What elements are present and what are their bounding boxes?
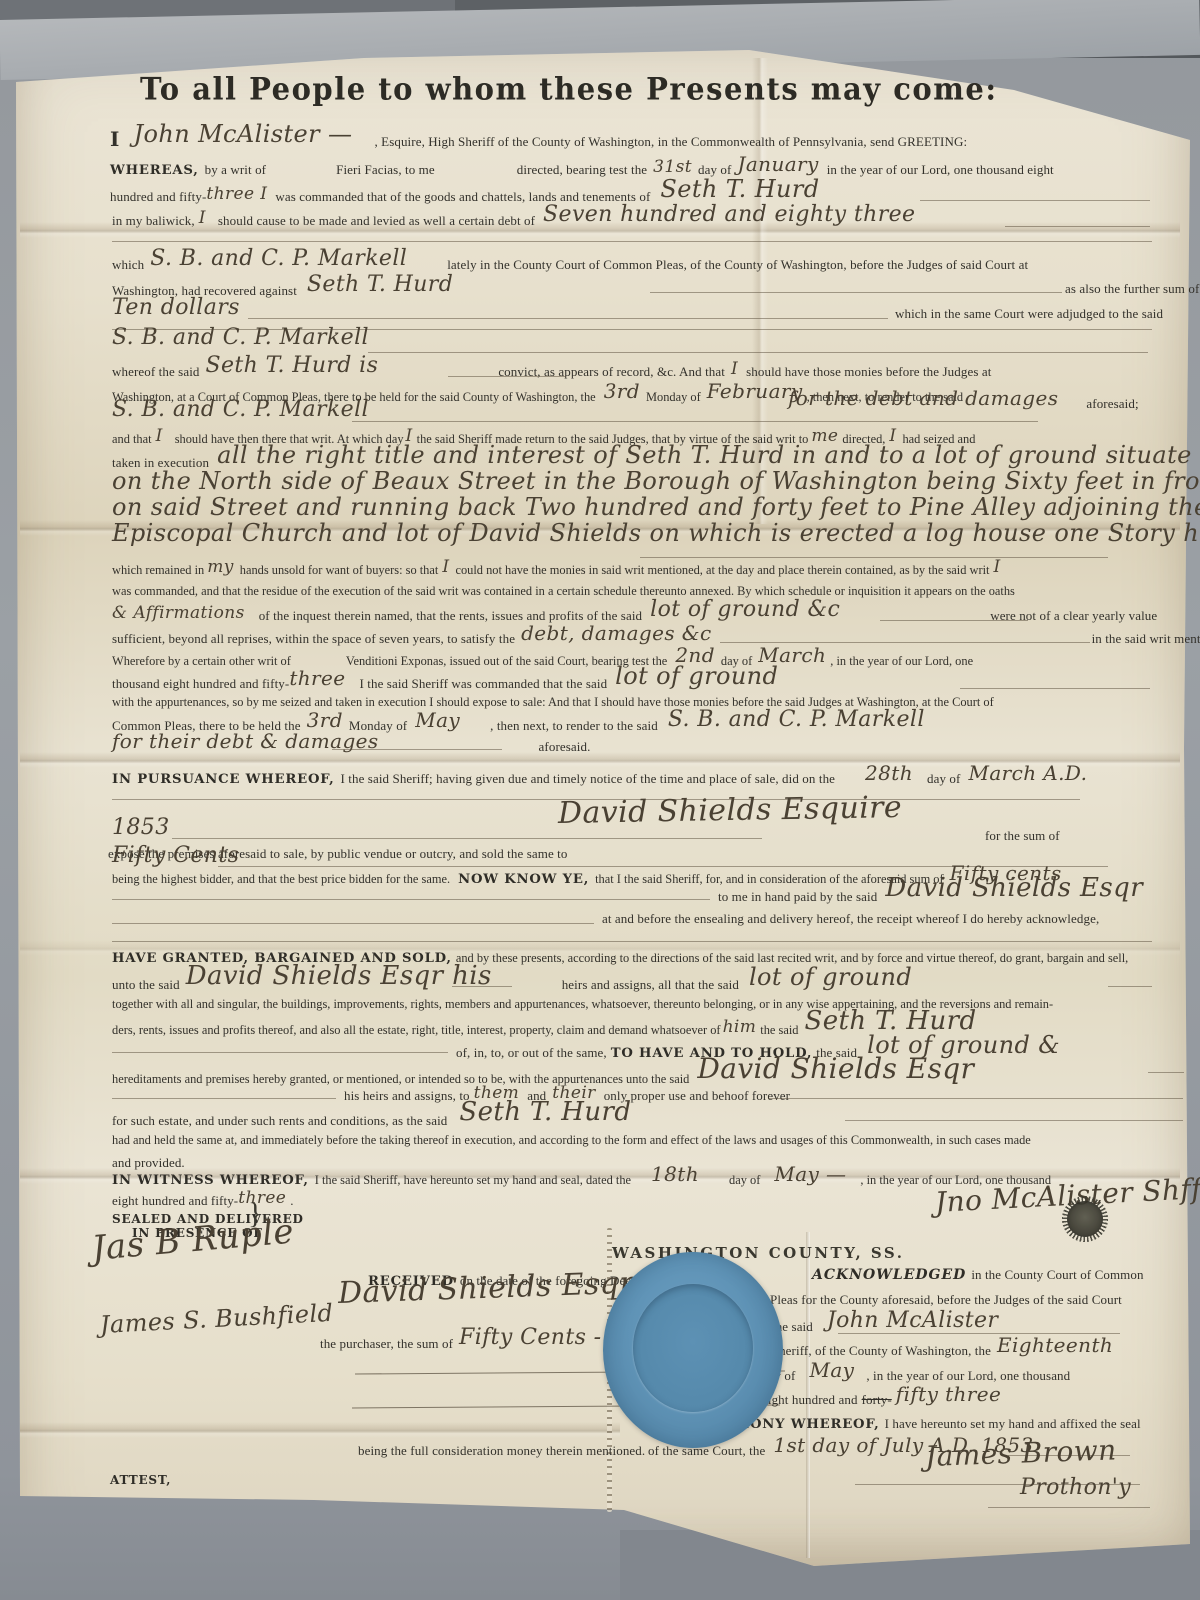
blue-wafer-seal xyxy=(603,1252,783,1448)
sheriff-seal-stamp-icon xyxy=(1062,1196,1108,1242)
print-text: , then next, to render to the said xyxy=(490,718,658,733)
prothonotary-signature: James Brown xyxy=(925,1454,1117,1474)
handwritten-name: S. B. and C. P. Markell xyxy=(112,397,369,422)
print-text: as also the further sum of xyxy=(1065,281,1199,296)
print-text: in the said writ mentioned: xyxy=(1092,631,1200,646)
form-line: unto the saidDavid Shields Esqr hisheirs… xyxy=(112,974,912,992)
handwritten-text: for the debt and damages xyxy=(788,386,1058,410)
form-line: which in the same Court were adjudged to… xyxy=(895,306,1163,321)
print-text: eight hundred and xyxy=(762,1392,858,1407)
handwritten-text: January xyxy=(737,152,818,176)
form-line: at and before the ensealing and delivery… xyxy=(602,911,1099,926)
handwritten-text: May xyxy=(809,1358,854,1382)
ruled-line xyxy=(112,241,1152,242)
handwritten-text: Episcopal Church and lot of David Shield… xyxy=(112,519,1200,547)
handwritten-text: lot of ground xyxy=(749,963,912,991)
handwritten-name: Seth T. Hurd xyxy=(307,272,453,297)
handwritten-name: David Shields Esqr xyxy=(697,1052,974,1085)
ruled-line xyxy=(640,557,1108,558)
ruled-line xyxy=(368,352,1148,353)
ruled-line xyxy=(768,1098,1183,1099)
stamp-center xyxy=(1067,1201,1103,1237)
handwritten-text: 31st xyxy=(653,157,692,177)
form-line: in my baliwick,Ishould cause to be made … xyxy=(112,211,915,228)
print-text: , Esquire, High Sheriff of the County of… xyxy=(374,134,967,149)
print-text: and provided. xyxy=(112,1155,185,1170)
print-text: to me in hand paid by the said xyxy=(718,889,877,904)
ruled-line xyxy=(1108,986,1152,987)
handwritten-text: 1853 xyxy=(112,815,170,840)
handwritten-text: debt, damages &c xyxy=(521,621,711,645)
received-line: being the full consideration money there… xyxy=(358,1443,645,1458)
handwritten-name: David Shields Esquire xyxy=(558,800,902,821)
print-text: day of xyxy=(927,771,960,786)
form-line: and provided. xyxy=(112,1155,185,1170)
document-title: To all People to whom these Presents may… xyxy=(140,82,840,98)
ruled-line xyxy=(988,1507,1150,1508)
form-line: Ten dollars xyxy=(112,304,240,321)
form-line: 1853 xyxy=(112,824,170,841)
print-text: I xyxy=(110,127,119,151)
form-line: was commanded, and that the residue of t… xyxy=(112,584,1015,599)
handwritten-name: S. B. and C. P. Markell xyxy=(112,325,369,350)
ack-line: eight hundred andforty-fifty three xyxy=(762,1390,1001,1407)
handwritten-text: Fifty Cents - xyxy=(459,1325,602,1350)
received-line: David Shields Esqr xyxy=(338,1292,634,1312)
form-line: WHEREAS,by a writ ofFieri Facias, to med… xyxy=(110,160,1054,178)
form-line: hereditaments and premises hereby grante… xyxy=(112,1066,974,1087)
handwritten-text: fifty three xyxy=(896,1382,1001,1406)
print-text: only proper use and behoof forever xyxy=(604,1088,790,1103)
ruled-line xyxy=(650,292,1062,293)
print-text: sufficient, beyond all reprises, within … xyxy=(112,631,515,646)
handwritten-text: my xyxy=(207,557,234,577)
received-line: the purchaser, the sum ofFifty Cents - xyxy=(320,1334,602,1351)
handwritten-signature: James S. Bushfield xyxy=(100,1306,334,1333)
handwritten-name: David Shields Esqr his xyxy=(186,961,492,991)
form-line: for such estate, and under such rents an… xyxy=(112,1110,631,1128)
ruled-line xyxy=(452,986,512,987)
print-text: IN WITNESS WHEREOF, xyxy=(112,1173,309,1188)
print-text: could not have the monies in said writ m… xyxy=(455,563,989,577)
print-text: thousand eight hundred and fifty- xyxy=(112,676,289,691)
print-text: at and before the ensealing and delivery… xyxy=(602,911,1099,926)
print-text: . xyxy=(290,1193,293,1208)
handwritten-text: on said Street and running back Two hund… xyxy=(112,493,1200,521)
form-line: had and held the same at, and immediatel… xyxy=(112,1133,1031,1148)
form-line: as also the further sum of xyxy=(1065,281,1199,296)
print-text: I the said Sheriff; having given due and… xyxy=(340,771,835,786)
ruled-line xyxy=(960,688,1150,689)
print-text: aforesaid; xyxy=(1086,396,1138,411)
ruled-line xyxy=(352,421,1038,422)
print-text: Monday of xyxy=(646,390,701,404)
handwritten-name: Seth T. Hurd xyxy=(459,1097,631,1127)
handwritten-signature: Jas B Ruple xyxy=(91,1224,294,1257)
handwritten-name: S. B. and C. P. Markell xyxy=(150,246,407,271)
handwritten-text: I xyxy=(199,208,206,228)
print-text: aforesaid. xyxy=(539,739,591,754)
witness-signature: James S. Bushfield xyxy=(100,1322,334,1340)
handwritten-text: Seven hundred and eighty three xyxy=(543,202,915,227)
print-text: I the said Sheriff, have hereunto set my… xyxy=(315,1173,631,1187)
handwritten-text: 18th xyxy=(651,1162,699,1186)
print-text: hundred and fifty- xyxy=(110,189,206,204)
handwritten-text: May — xyxy=(774,1162,846,1186)
print-text: should cause to be made and levied as we… xyxy=(218,213,535,228)
print-text: whereof the said xyxy=(112,364,200,379)
handwritten-text: lot of ground xyxy=(615,662,778,690)
print-text: WHEREAS, xyxy=(110,163,199,178)
handwritten-name: David Shields Esqr xyxy=(885,873,1143,903)
print-text: for the sum of xyxy=(985,828,1060,843)
ack-line: the saidJohn McAlister xyxy=(772,1317,998,1334)
handwritten-text: May xyxy=(415,708,460,732)
print-text: Wherefore by a certain other writ of xyxy=(112,654,291,668)
prothonotary-title: Prothon'y xyxy=(1020,1484,1131,1501)
ruled-line xyxy=(112,1052,448,1053)
handwritten-text: Ten dollars xyxy=(112,295,240,320)
print-text: should have those monies before the Judg… xyxy=(746,364,991,379)
ruled-line xyxy=(112,1098,336,1099)
handwritten-name: S. B. and C. P. Markell xyxy=(668,707,925,732)
form-line: sufficient, beyond all reprises, within … xyxy=(112,629,1200,646)
handwritten-name: Seth T. Hurd xyxy=(660,175,819,203)
ack-line: day ofMay, in the year of our Lord, one … xyxy=(762,1366,1070,1383)
handwritten-text: I xyxy=(993,557,1000,577)
ack-line: High Sheriff, of the County of Washingto… xyxy=(742,1341,1113,1358)
print-text: unto the said xyxy=(112,977,180,992)
struck-print-text: forty- xyxy=(862,1392,892,1407)
print-text: in the year of our Lord, one thousand ei… xyxy=(827,162,1054,177)
attest-label: ATTEST, xyxy=(110,1473,171,1488)
form-line: to me in hand paid by the saidDavid Shie… xyxy=(718,886,1143,904)
print-text: in the County Court of Common xyxy=(971,1267,1143,1282)
handwritten-text: I xyxy=(731,359,738,379)
deed-text-layer: To all People to whom these Presents may… xyxy=(0,0,1200,1600)
form-line: IN PURSUANCE WHEREOF,I the said Sheriff;… xyxy=(112,769,1087,787)
form-line: which remained inmyhands unsold for want… xyxy=(112,562,1001,578)
print-text: being the highest bidder, and that the b… xyxy=(112,872,450,886)
form-line: eight hundred and fifty-three. xyxy=(112,1193,294,1208)
ruled-line xyxy=(880,620,1028,621)
ruled-line xyxy=(448,376,566,377)
witness-signature: Jas B Ruple xyxy=(92,1248,295,1269)
print-text: Pleas for the County aforesaid, before t… xyxy=(770,1292,1122,1307)
print-text: which xyxy=(112,257,144,272)
ruled-line xyxy=(845,1120,1183,1121)
print-text: , in the year of our Lord, one xyxy=(830,654,973,668)
print-text: heirs and assigns, all that the said xyxy=(562,977,739,992)
county-heading: WASHINGTON COUNTY, SS. xyxy=(612,1246,904,1261)
print-text: by a writ of xyxy=(205,162,267,177)
form-line: for the sum of xyxy=(985,828,1060,843)
form-line: IN WITNESS WHEREOF,I the said Sheriff, h… xyxy=(112,1170,1051,1188)
handwritten-text: 3rd xyxy=(604,379,640,403)
form-line: ders, rents, issues and profits thereof,… xyxy=(112,1019,976,1038)
print-text: which remained in xyxy=(112,563,204,577)
print-text: the said xyxy=(760,1023,798,1037)
handwritten-text: Eighteenth xyxy=(997,1333,1113,1357)
handwritten-text: I xyxy=(442,557,449,577)
handwritten-text: Prothon'y xyxy=(1020,1475,1131,1500)
handwritten-name: Seth T. Hurd is xyxy=(206,353,379,378)
handwritten-signature: James Brown xyxy=(925,1442,1117,1464)
print-text: Fieri Facias, to me xyxy=(336,162,435,177)
form-line: IJohn McAlister —, Esquire, High Sheriff… xyxy=(110,131,967,149)
handwritten-text: all the right title and interest of Seth… xyxy=(217,441,1192,469)
print-text: ACKNOWLEDGED xyxy=(812,1267,966,1283)
print-text: NOW KNOW YE, xyxy=(458,872,589,887)
ruled-line xyxy=(112,923,594,924)
ruled-line xyxy=(248,318,888,319)
print-text: for such estate, and under such rents an… xyxy=(112,1113,447,1128)
print-text: lately in the County Court of Common Ple… xyxy=(447,257,1028,272)
handwritten-name: David Shields Esqr xyxy=(338,1276,635,1301)
photo-of-sheriffs-deed: To all People to whom these Presents may… xyxy=(0,0,1200,1600)
ruled-line xyxy=(1005,226,1150,227)
print-text: and that xyxy=(112,432,152,446)
handwritten-text: lot of ground &c xyxy=(650,597,840,622)
handwritten-text: I xyxy=(156,426,163,446)
print-text: day of xyxy=(729,1173,760,1187)
ruled-line xyxy=(172,838,762,839)
print-text: I have hereunto set my hand and affixed … xyxy=(885,1416,1141,1431)
form-line: whichS. B. and C. P. Markelllately in th… xyxy=(112,255,1028,272)
handwritten-name: John McAlister — xyxy=(133,120,352,148)
handwritten-text: three xyxy=(289,666,345,690)
handwritten-text: March A.D. xyxy=(968,761,1087,785)
print-text: IN PURSUANCE WHEREOF, xyxy=(112,772,334,787)
handwritten-text: & Affirmations xyxy=(112,603,245,623)
print-text: had and held the same at, and immediatel… xyxy=(112,1133,1031,1147)
ack-line: ACKNOWLEDGEDin the County Court of Commo… xyxy=(812,1267,1144,1283)
handwritten-line: Episcopal Church and lot of David Shield… xyxy=(112,530,1200,548)
print-text: hands unsold for want of buyers: so that xyxy=(240,563,439,577)
form-line: for their debt & damagesaforesaid. xyxy=(112,737,590,754)
print-text: , in the year of our Lord, one thousand xyxy=(866,1368,1070,1383)
print-text: in my baliwick, xyxy=(112,213,195,228)
print-text: was commanded, and that the residue of t… xyxy=(112,584,1015,598)
print-text: eight hundred and fifty- xyxy=(112,1193,238,1208)
print-text: of, in, to, or out of the same, xyxy=(456,1045,607,1060)
form-line: S. B. and C. P. Markell xyxy=(112,406,369,423)
handwritten-text: on the North side of Beaux Street in the… xyxy=(112,467,1200,495)
handwritten-text: 28th xyxy=(865,761,913,785)
form-line: S. B. and C. P. Markell xyxy=(112,334,369,351)
ruled-line xyxy=(1148,1072,1184,1073)
ruled-line xyxy=(112,941,1152,942)
ruled-line xyxy=(112,899,710,900)
print-text: directed, bearing test the xyxy=(517,162,647,177)
ruled-line xyxy=(332,749,502,750)
print-text: ders, rents, issues and profits thereof,… xyxy=(112,1023,721,1037)
print-text: hereditaments and premises hereby grante… xyxy=(112,1072,689,1086)
ruled-line xyxy=(920,200,1150,201)
ack-line: Pleas for the County aforesaid, before t… xyxy=(770,1292,1122,1307)
print-text: the purchaser, the sum of xyxy=(320,1336,453,1351)
handwritten-text: three I xyxy=(206,184,267,204)
form-line: for the debt and damagesaforesaid; xyxy=(788,394,1139,411)
form-line: thousand eight hundred and fifty-threeI … xyxy=(112,673,778,691)
handwritten-text: Fifty Cents xyxy=(112,843,239,868)
print-text: I the said Sheriff was commanded that th… xyxy=(359,676,607,691)
handwritten-name: John McAlister xyxy=(827,1308,998,1333)
form-line: Wherefore by a certain other writ ofVend… xyxy=(112,651,973,669)
print-text: which in the same Court were adjudged to… xyxy=(895,306,1163,321)
handwritten-text: him xyxy=(723,1017,757,1037)
handwritten-line: David Shields Esquire xyxy=(558,812,902,832)
print-text: his heirs and assigns, to xyxy=(344,1088,470,1103)
seal-embossed-ring xyxy=(633,1284,753,1412)
print-text: being the full consideration money there… xyxy=(358,1443,645,1458)
